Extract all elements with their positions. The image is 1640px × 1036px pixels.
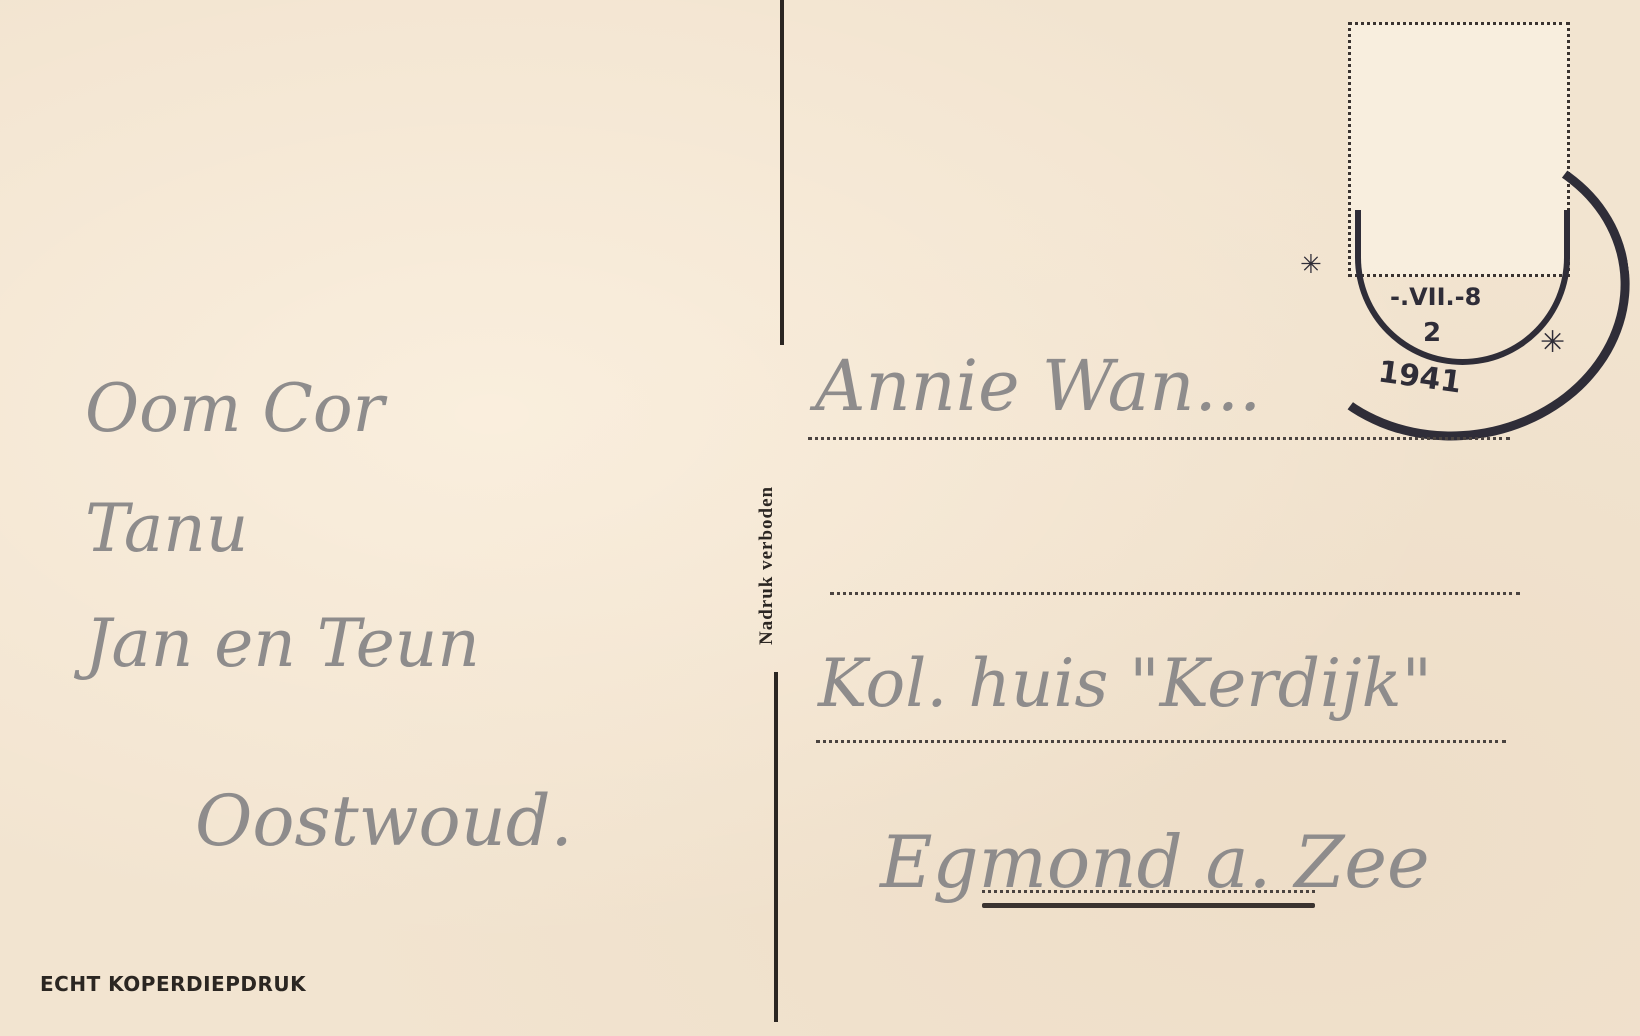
address-line-4 [982,890,1315,893]
postmark-date: -.VII.-8 [1390,283,1481,311]
message-line-4: Oostwoud. [195,780,573,862]
postcard-back: Oom Cor Tanu Jan en Teun Oostwoud. ECHT … [0,0,1640,1036]
message-line-1: Oom Cor [85,370,384,447]
postmark-hour: 2 [1423,318,1441,348]
divider-line-bottom [774,672,778,1022]
address-line-3 [816,740,1506,743]
divider-line-top [780,0,784,345]
postmark-ornament-icon: ✳ [1300,250,1322,280]
address-underline [982,903,1315,908]
address-name: Annie Wan... [815,345,1261,427]
publisher-imprint: ECHT KOPERDIEPDRUK [40,972,306,996]
address-line-1 [808,437,1510,440]
message-line-2: Tanu [85,490,248,567]
copyright-notice: Nadruk verboden [756,486,778,645]
address-line-2 [830,592,1520,595]
message-line-3: Jan en Teun [85,605,480,682]
address-street: Kol. huis "Kerdijk" [818,645,1432,722]
postmark-ornament-icon: ✳ [1540,325,1565,360]
